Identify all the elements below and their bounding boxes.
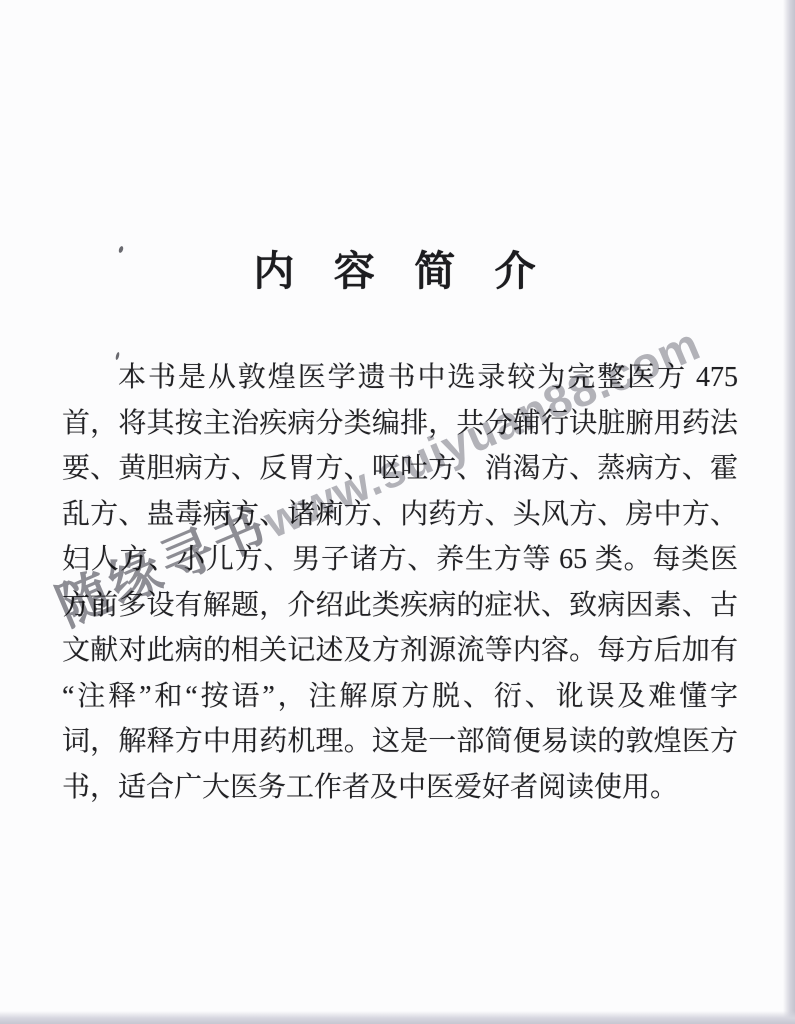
paragraph-line: “注释”和“按语”，注解原方脱、衍、讹误及难懂字 xyxy=(62,674,738,720)
paragraph-line: 词，解释方中用药机理。这是一部简便易读的敦煌医方 xyxy=(62,719,738,765)
paragraph-line: 乱方、蛊毒病方、诸痢方、内药方、头风方、房中方、 xyxy=(62,492,738,538)
page-edge-shadow-bottom xyxy=(0,1011,795,1024)
paragraph-line: 首，将其按主治疾病分类编排，共分辅行诀脏腑用药法 xyxy=(62,401,738,447)
paragraph-line: 文献对此病的相关记述及方剂源流等内容。每方后加有 xyxy=(62,628,738,674)
paragraph-line: 书，适合广大医务工作者及中医爱好者阅读使用。 xyxy=(62,765,738,811)
paragraph-line: 方前多设有解题，介绍此类疾病的症状、致病因素、古 xyxy=(62,583,738,629)
paragraph-line: 要、黄胆病方、反胃方、呕吐方、消渴方、蒸病方、霍 xyxy=(62,446,738,492)
intro-paragraph: 本书是从敦煌医学遗书中选录较为完整医方 475 首，将其按主治疾病分类编排，共分… xyxy=(62,355,738,810)
paragraph-line: 本书是从敦煌医学遗书中选录较为完整医方 475 xyxy=(62,355,738,401)
scanned-book-page: 内 容 简 介 本书是从敦煌医学遗书中选录较为完整医方 475 首，将其按主治疾… xyxy=(0,0,795,1024)
page-edge-shadow-right xyxy=(783,0,795,1024)
paragraph-line: 妇人方、小儿方、男子诸方、养生方等 65 类。每类医 xyxy=(62,537,738,583)
